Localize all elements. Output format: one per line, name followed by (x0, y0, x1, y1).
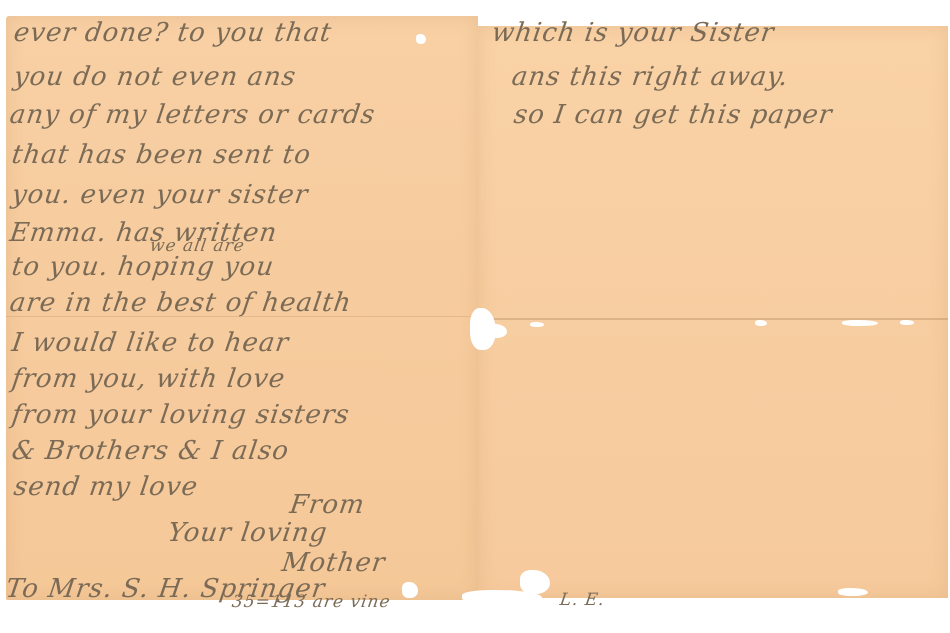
closing-from: From (288, 490, 367, 520)
letter-line: that has been sent to (10, 140, 313, 170)
letter-line: you do not even ans (12, 62, 298, 92)
paper-tear (755, 320, 767, 326)
letter-line: ans this right away. (510, 62, 791, 92)
letter-line: I would like to hear (10, 328, 291, 358)
closing-signoff: Your loving (166, 518, 330, 548)
letter-line: send my love (12, 472, 200, 502)
letter-line: & Brothers & I also (10, 436, 291, 466)
letter-line: so I can get this paper (512, 100, 835, 130)
paper-tear (402, 582, 418, 598)
letter-line: ever done? to you that (12, 18, 334, 48)
letter-line: from your loving sisters (10, 400, 352, 430)
address-number: 35=113 are vine (231, 592, 392, 612)
letter-line: which is your Sister (490, 18, 777, 48)
paper-tear (530, 322, 544, 327)
bottom-fragment: L. E. (559, 590, 607, 610)
letter-line: you. even your sister (10, 180, 310, 210)
letter-line: to you. hoping you (10, 252, 276, 282)
paper-tear (900, 320, 914, 325)
letter-line: any of my letters or cards (8, 100, 377, 130)
letter-line: are in the best of health (8, 288, 354, 318)
letter-line: from you, with love (10, 364, 288, 394)
fold-crease-right (478, 318, 948, 320)
paper-tear (485, 324, 507, 338)
paper-tear (520, 570, 550, 594)
paper-tear (416, 34, 426, 44)
paper-tear (842, 320, 878, 326)
paper-tear (838, 588, 868, 596)
